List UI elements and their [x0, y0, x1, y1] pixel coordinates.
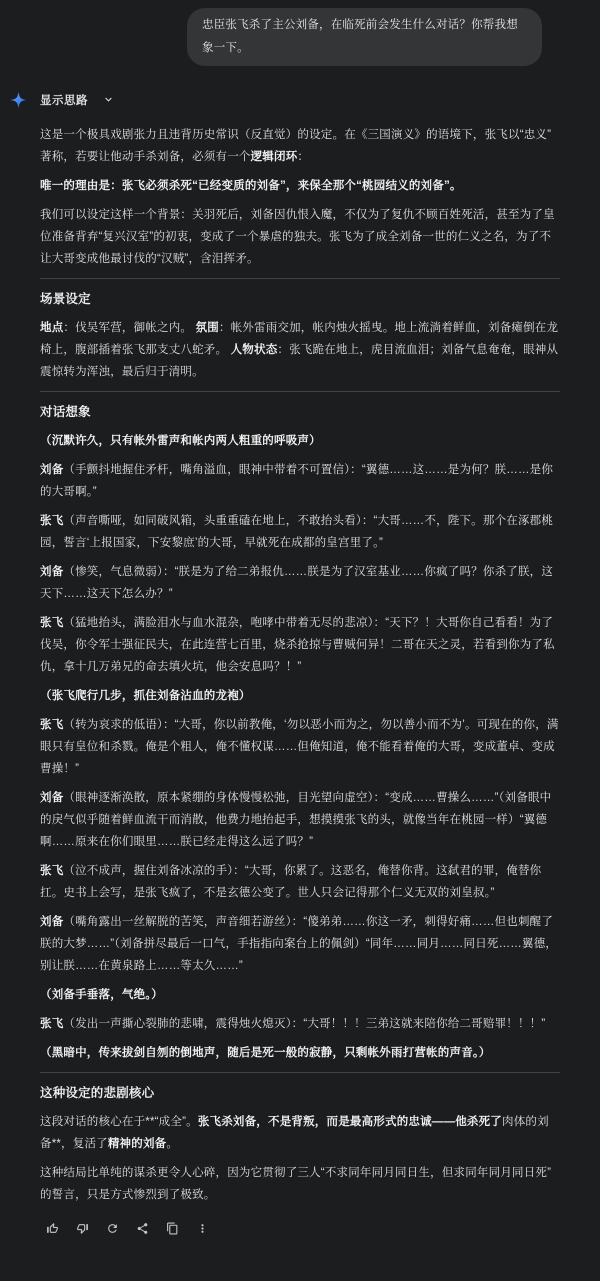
show-thinking-label: 显示思路: [40, 92, 88, 108]
response-paragraph: 这种结局比单纯的谋杀更令人心碎，因为它贯彻了三人“不求同年同月同日生，但求同年同…: [40, 1162, 560, 1206]
response-paragraph: （黑暗中，传来拔剑自刎的倒地声，随后是死一般的寂静，只剩帐外雨打营帐的声音。）: [40, 1042, 560, 1064]
assistant-response: 这是一个极具戏剧张力且违背历史常识（反直觉）的设定。在《三国演义》的语境下，张飞…: [40, 124, 560, 1206]
response-paragraph: 张飞（转为哀求的低语）：“大哥，你以前教俺，‘勿以恶小而为之，勿以善小而不为’。…: [40, 714, 560, 780]
response-paragraph: 地点：伐吴军营，御帐之内。 氛围：帐外雷雨交加，帐内烛火摇曳。地上流淌着鲜血，刘…: [40, 317, 560, 383]
response-paragraph: 这段对话的核心在于**“成全”。张飞杀刘备，不是背叛，而是最高形式的忠诚——他杀…: [40, 1111, 560, 1155]
share-icon[interactable]: [132, 1218, 153, 1239]
redo-icon[interactable]: [102, 1218, 123, 1239]
response-paragraph: （张飞爬行几步，抓住刘备沾血的龙袍）: [40, 685, 560, 707]
section-divider: [40, 1072, 560, 1073]
response-action-bar: [42, 1218, 600, 1239]
gemini-sparkle-icon: [10, 91, 27, 108]
response-paragraph: 张飞（发出一声撕心裂肺的悲啸，震得烛火熄灭）：“大哥！！！三弟这就来陪你给二哥赔…: [40, 1013, 560, 1035]
thinking-row: 显示思路: [0, 66, 600, 108]
section-heading: 这种设定的悲剧核心: [40, 1082, 560, 1104]
section-divider: [40, 278, 560, 279]
response-paragraph: 刘备（手颤抖地握住矛杆，嘴角溢血，眼神中带着不可置信）：“翼德……这……是为何？…: [40, 459, 560, 503]
response-paragraph: 刘备（惨笑，气息微弱）：“朕是为了给二弟报仇……朕是为了汉室基业……你疯了吗？你…: [40, 561, 560, 605]
response-paragraph: （沉默许久，只有帐外雷声和帐内两人粗重的呼吸声）: [40, 430, 560, 452]
section-heading: 场景设定: [40, 288, 560, 310]
response-paragraph: 我们可以设定这样一个背景：关羽死后，刘备因仇恨入魔，不仅为了复仇不顾百姓死活，甚…: [40, 204, 560, 270]
section-heading: 对话想象: [40, 401, 560, 423]
section-divider: [40, 391, 560, 392]
chevron-down-icon: [102, 93, 115, 106]
response-paragraph: 这是一个极具戏剧张力且违背历史常识（反直觉）的设定。在《三国演义》的语境下，张飞…: [40, 124, 560, 168]
copy-icon[interactable]: [162, 1218, 183, 1239]
user-message-bubble: 忠臣张飞杀了主公刘备，在临死前会发生什么对话？你帮我想象一下。: [187, 8, 542, 66]
response-paragraph: 唯一的理由是：张飞必须杀死“已经变质的刘备”，来保全那个“桃园结义的刘备”。: [40, 175, 560, 197]
response-paragraph: （刘备手垂落，气绝。）: [40, 984, 560, 1006]
show-thinking-toggle[interactable]: 显示思路: [40, 92, 115, 108]
response-paragraph: 刘备（眼神逐渐涣散，原本紧绷的身体慢慢松弛，目光望向虚空）：“变成……曹操么………: [40, 787, 560, 853]
user-message-row: 忠臣张飞杀了主公刘备，在临死前会发生什么对话？你帮我想象一下。: [0, 0, 600, 66]
response-paragraph: 刘备（嘴角露出一丝解脱的苦笑，声音细若游丝）：“傻弟弟……你这一矛，刺得好痛………: [40, 911, 560, 977]
thumbs-up-icon[interactable]: [42, 1218, 63, 1239]
more-vertical-icon[interactable]: [192, 1218, 213, 1239]
response-paragraph: 张飞（泣不成声，握住刘备冰凉的手）：“大哥，你累了。这恶名，俺替你背。这弑君的罪…: [40, 860, 560, 904]
response-paragraph: 张飞（声音嘶哑，如同破风箱，头重重磕在地上，不敢抬头看）：“大哥……不，陛下。那…: [40, 510, 560, 554]
thumbs-down-icon[interactable]: [72, 1218, 93, 1239]
response-paragraph: 张飞（猛地抬头，满脸泪水与血水混杂，咆哮中带着无尽的悲凉）：“天下？！大哥你自己…: [40, 612, 560, 678]
